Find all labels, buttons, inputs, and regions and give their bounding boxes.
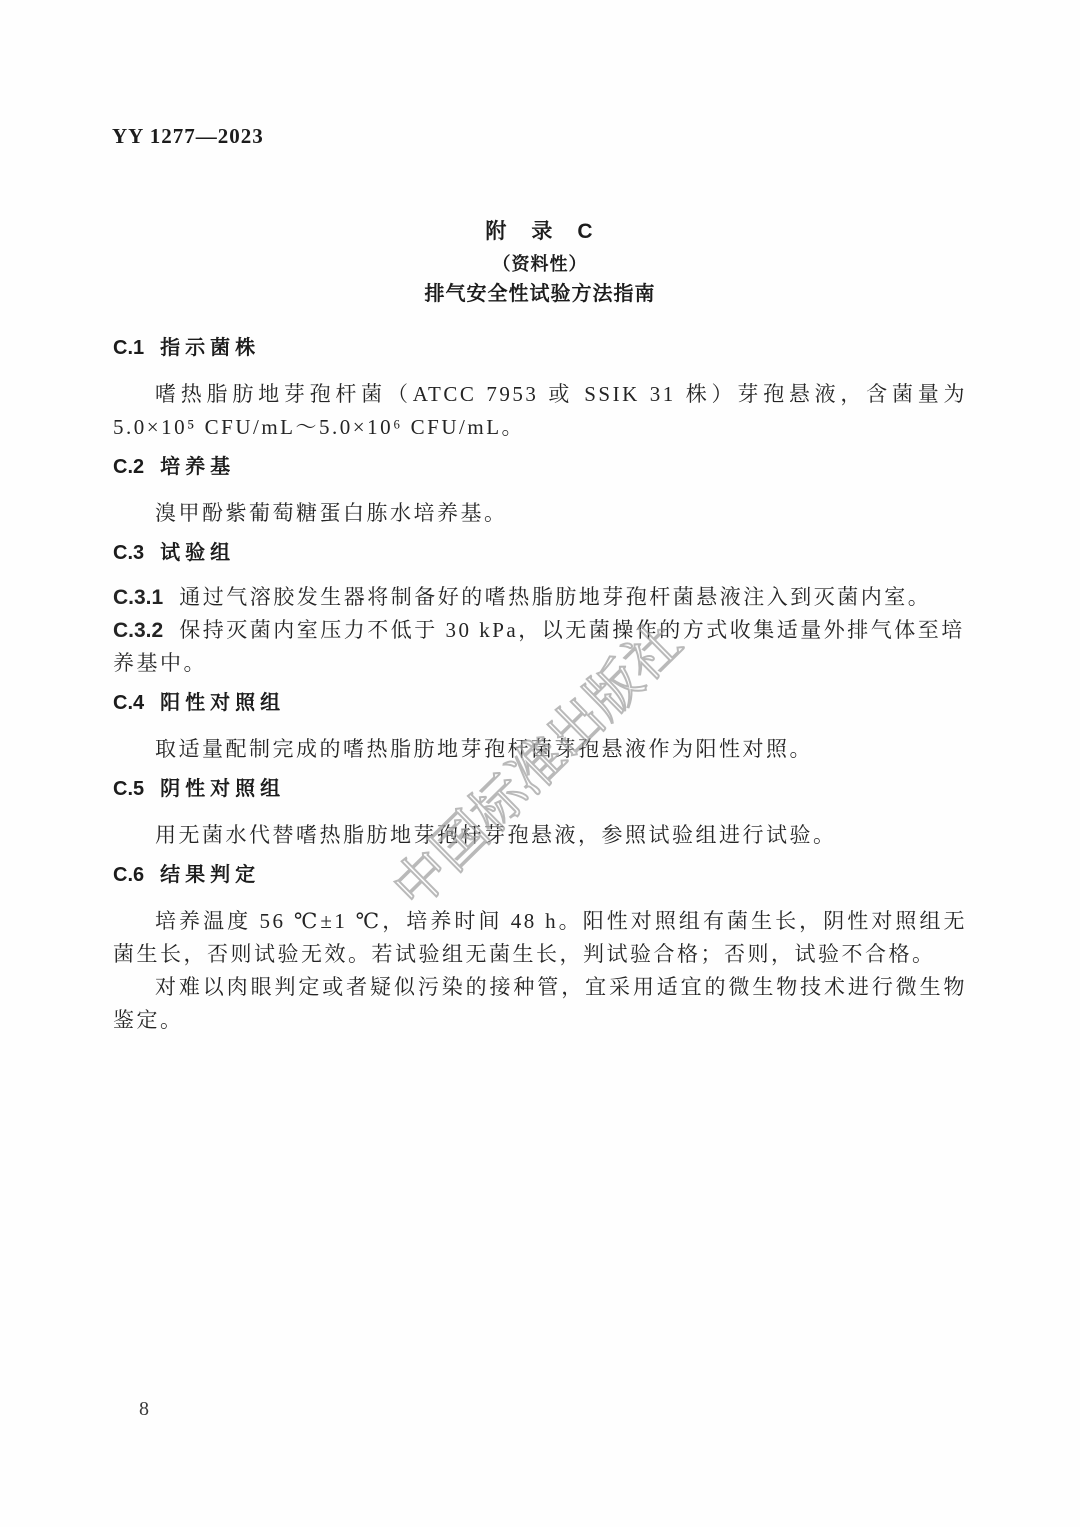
section-c4: C.4阳性对照组 取适量配制完成的嗜热脂肪地芽孢杆菌芽孢悬液作为阳性对照。 <box>113 689 967 766</box>
section-heading: C.5阴性对照组 <box>113 775 967 803</box>
appendix-label: 附 录 C <box>113 218 967 246</box>
section-number: C.6 <box>113 864 144 886</box>
section-title: 结果判定 <box>160 864 260 886</box>
section-heading: C.2培养基 <box>113 453 967 481</box>
paragraph: 培养温度 56 ℃±1 ℃，培养时间 48 h。阳性对照组有菌生长，阴性对照组无… <box>113 905 967 971</box>
appendix-classification: （资料性） <box>113 251 967 277</box>
document-page: YY 1277—2023 中国标准出版社 附 录 C （资料性） 排气安全性试验… <box>0 0 1080 1527</box>
section-c3: C.3试验组 C.3.1通过气溶胶发生器将制备好的嗜热脂肪地芽孢杆菌悬液注入到灭… <box>113 539 967 680</box>
clause-c31: C.3.1通过气溶胶发生器将制备好的嗜热脂肪地芽孢杆菌悬液注入到灭菌内室。 <box>113 581 967 614</box>
paragraph: 对难以肉眼判定或者疑似污染的接种管，宜采用适宜的微生物技术进行微生物鉴定。 <box>113 971 967 1037</box>
section-title: 阳性对照组 <box>160 692 285 714</box>
section-heading: C.3试验组 <box>113 539 967 567</box>
section-c6: C.6结果判定 培养温度 56 ℃±1 ℃，培养时间 48 h。阳性对照组有菌生… <box>113 861 967 1037</box>
section-c1: C.1指示菌株 嗜热脂肪地芽孢杆菌（ATCC 7953 或 SSIK 31 株）… <box>113 334 967 444</box>
section-number: C.3 <box>113 542 144 564</box>
section-number: C.4 <box>113 692 144 714</box>
section-c2: C.2培养基 溴甲酚紫葡萄糖蛋白胨水培养基。 <box>113 453 967 530</box>
section-heading: C.4阳性对照组 <box>113 689 967 717</box>
page-number: 8 <box>139 1398 149 1421</box>
clause-number: C.3.2 <box>113 619 163 642</box>
section-title: 试验组 <box>160 542 235 564</box>
section-title: 阴性对照组 <box>160 778 285 800</box>
clause-c32: C.3.2保持灭菌内室压力不低于 30 kPa，以无菌操作的方式收集适量外排气体… <box>113 614 967 680</box>
section-number: C.5 <box>113 778 144 800</box>
clause-text: 保持灭菌内室压力不低于 30 kPa，以无菌操作的方式收集适量外排气体至培养基中… <box>113 618 965 675</box>
clause-list: C.3.1通过气溶胶发生器将制备好的嗜热脂肪地芽孢杆菌悬液注入到灭菌内室。 C.… <box>113 581 967 680</box>
section-number: C.1 <box>113 337 144 359</box>
paragraph: 溴甲酚紫葡萄糖蛋白胨水培养基。 <box>113 497 967 530</box>
section-title: 培养基 <box>160 456 235 478</box>
clause-text: 通过气溶胶发生器将制备好的嗜热脂肪地芽孢杆菌悬液注入到灭菌内室。 <box>179 585 931 609</box>
appendix-content: 附 录 C （资料性） 排气安全性试验方法指南 C.1指示菌株 嗜热脂肪地芽孢杆… <box>113 0 967 1037</box>
appendix-title: 排气安全性试验方法指南 <box>113 280 967 308</box>
paragraph: 嗜热脂肪地芽孢杆菌（ATCC 7953 或 SSIK 31 株）芽孢悬液，含菌量… <box>113 378 967 444</box>
section-heading: C.6结果判定 <box>113 861 967 889</box>
section-number: C.2 <box>113 456 144 478</box>
paragraph: 用无菌水代替嗜热脂肪地芽孢杆芽孢悬液，参照试验组进行试验。 <box>113 819 967 852</box>
section-c5: C.5阴性对照组 用无菌水代替嗜热脂肪地芽孢杆芽孢悬液，参照试验组进行试验。 <box>113 775 967 852</box>
clause-number: C.3.1 <box>113 586 163 609</box>
section-heading: C.1指示菌株 <box>113 334 967 362</box>
section-title: 指示菌株 <box>160 337 260 359</box>
paragraph: 取适量配制完成的嗜热脂肪地芽孢杆菌芽孢悬液作为阳性对照。 <box>113 733 967 766</box>
